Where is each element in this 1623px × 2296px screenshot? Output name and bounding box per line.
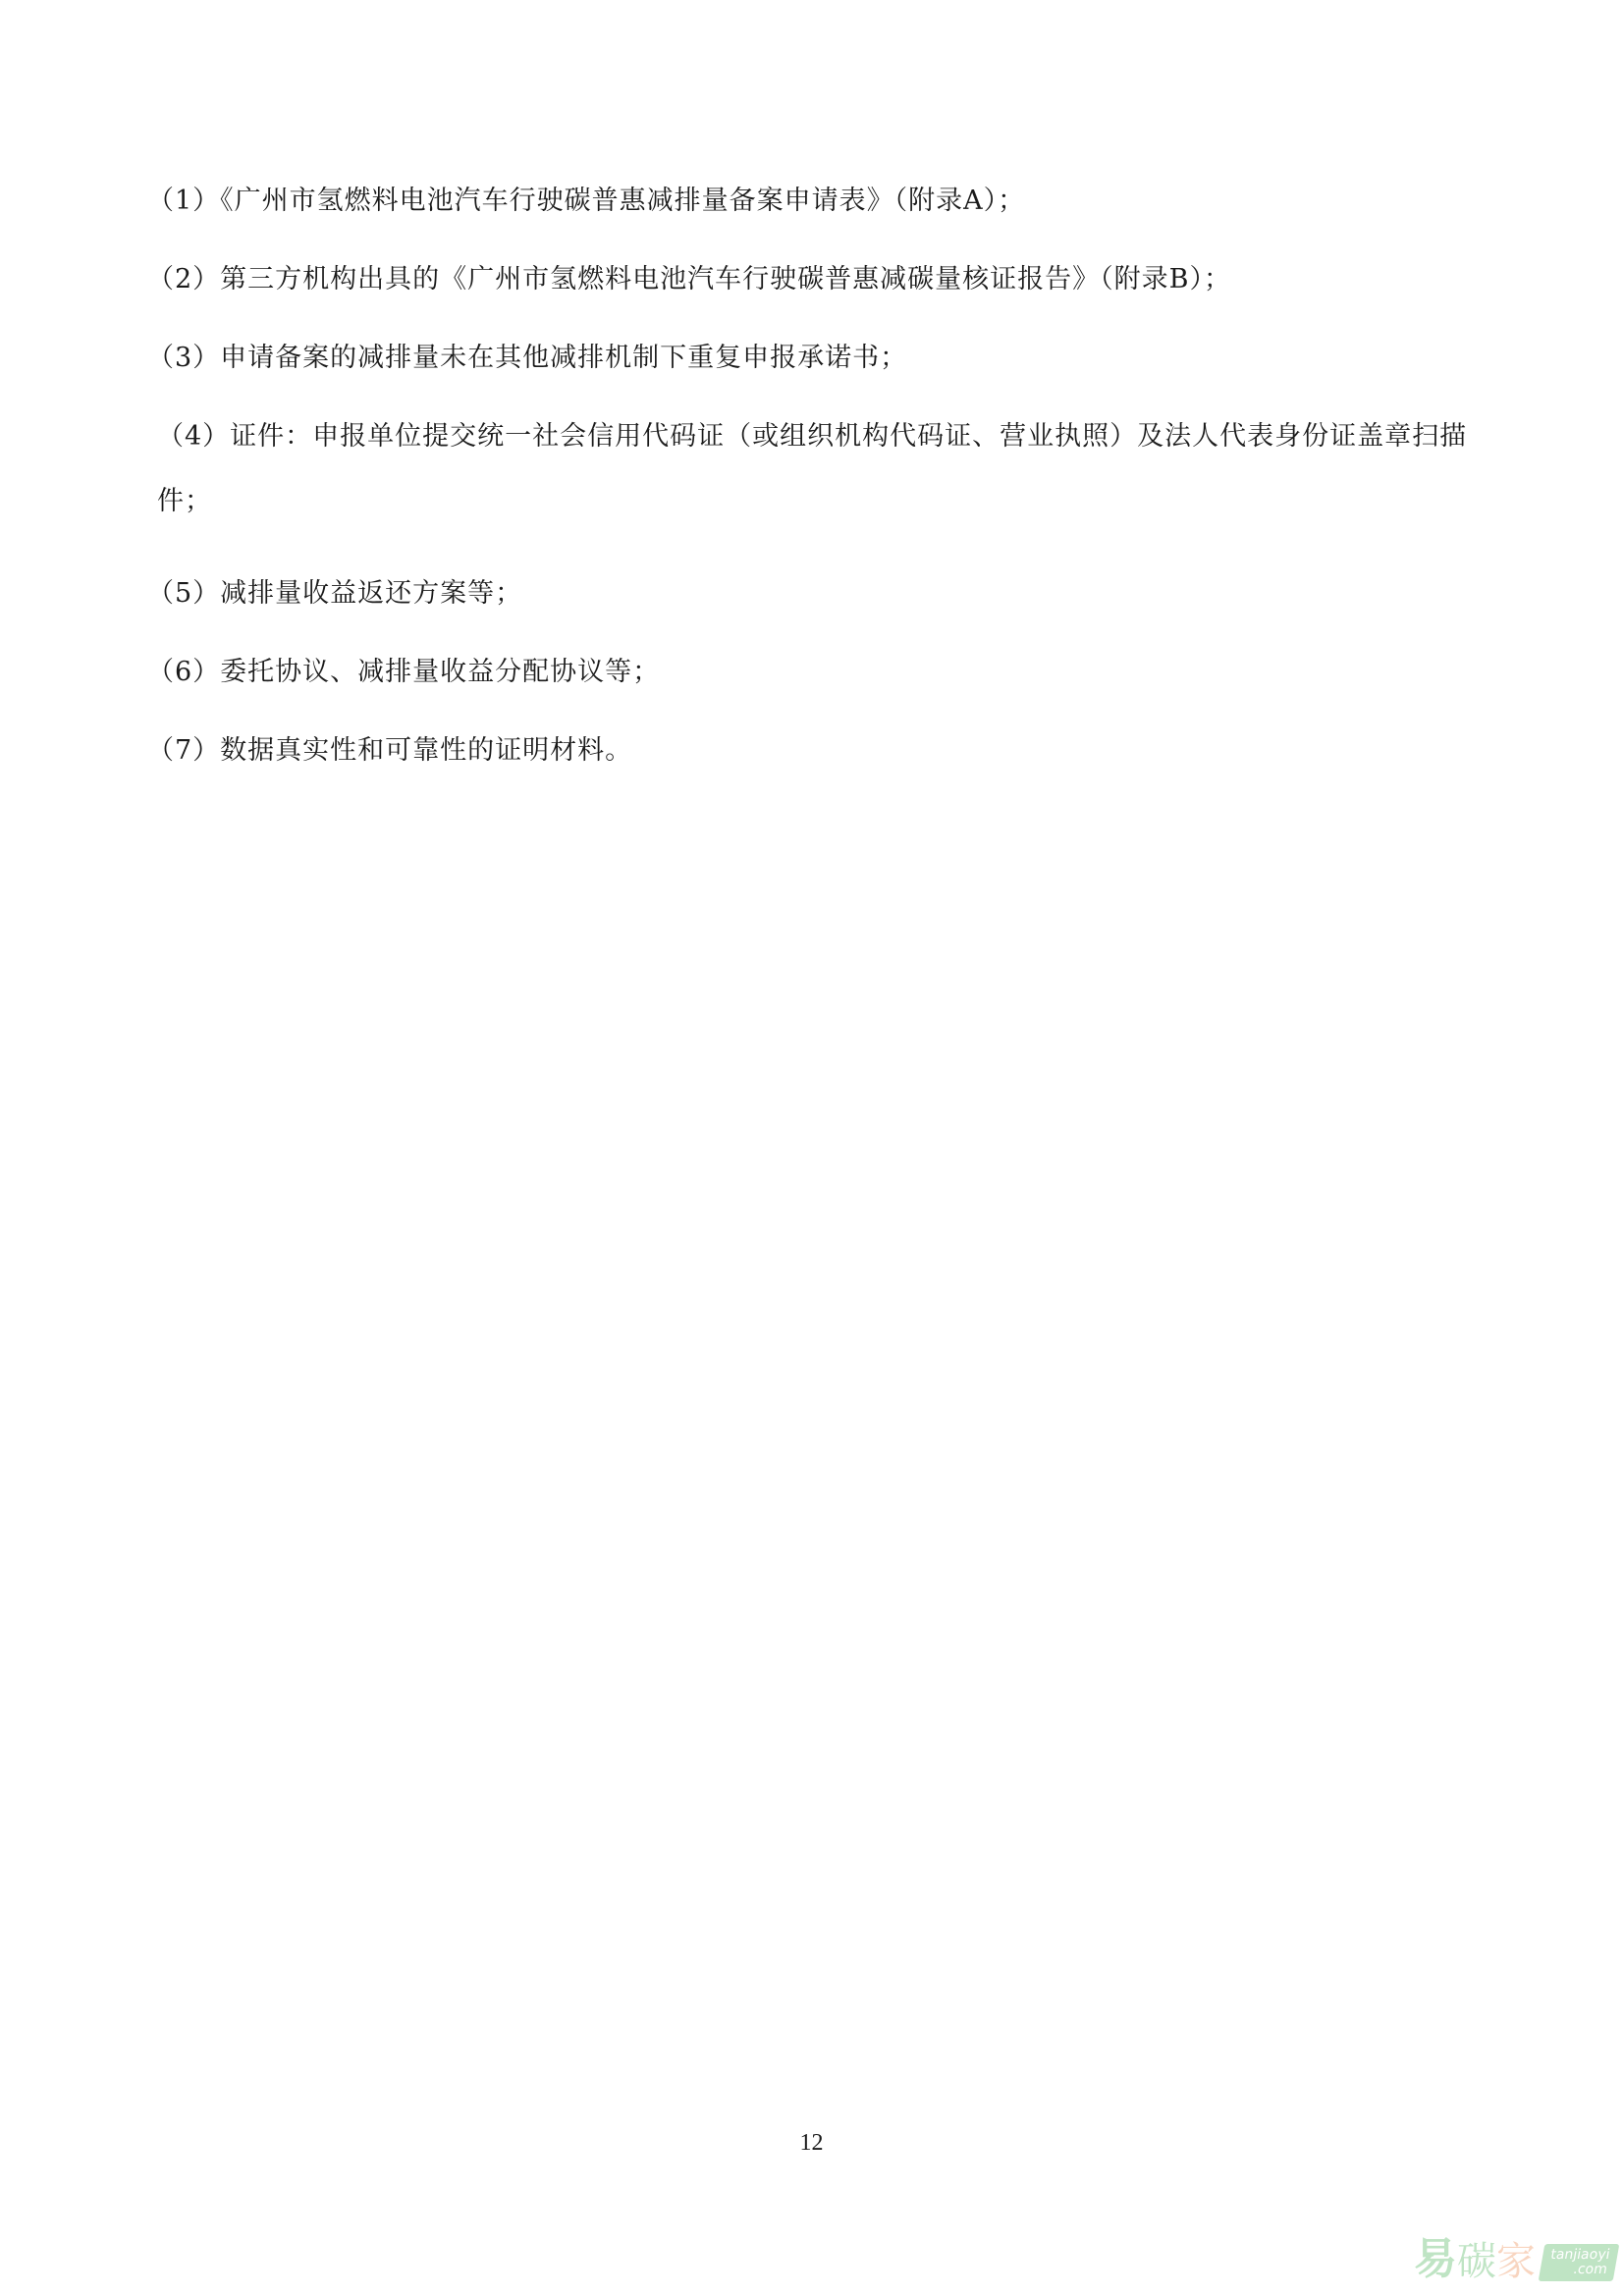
watermark-domain-line-2: .com <box>1546 2263 1608 2277</box>
list-item-3: （3）申请备案的减排量未在其他减排机制下重复申报承诺书； <box>147 326 1463 391</box>
page-number: 12 <box>0 2130 1623 2157</box>
list-item-4-text: （4）证件：申报单位提交统一社会信用代码证（或组织机构代码证、营业执照）及法人代… <box>157 404 1473 534</box>
list-item-5: （5）减排量收益返还方案等； <box>147 561 1463 626</box>
watermark-char-jia: 家 <box>1496 2242 1536 2281</box>
list-item-7: （7）数据真实性和可靠性的证明材料。 <box>147 719 1463 783</box>
watermark-char-tan: 碳 <box>1457 2242 1496 2281</box>
document-page: （1）《广州市氢燃料电池汽车行驶碳普惠减排量备案申请表》（附录A）； （2）第三… <box>0 0 1623 2296</box>
watermark-char-yi: 易 <box>1414 2238 1457 2281</box>
list-item-6: （6）委托协议、减排量收益分配协议等； <box>147 640 1463 705</box>
watermark-domain-line-1: tanjiaoyi <box>1549 2248 1611 2263</box>
list-item-2: （2）第三方机构出具的《广州市氢燃料电池汽车行驶碳普惠减碳量核证报告》（附录B）… <box>147 247 1463 312</box>
list-item-4: （4）证件：申报单位提交统一社会信用代码证（或组织机构代码证、营业执照）及法人代… <box>157 404 1473 534</box>
watermark-logo: 易 碳 家 tanjiaoyi .com <box>1414 2238 1616 2281</box>
list-item-1: （1）《广州市氢燃料电池汽车行驶碳普惠减排量备案申请表》（附录A）； <box>147 169 1463 234</box>
watermark-domain-badge: tanjiaoyi .com <box>1539 2244 1620 2281</box>
